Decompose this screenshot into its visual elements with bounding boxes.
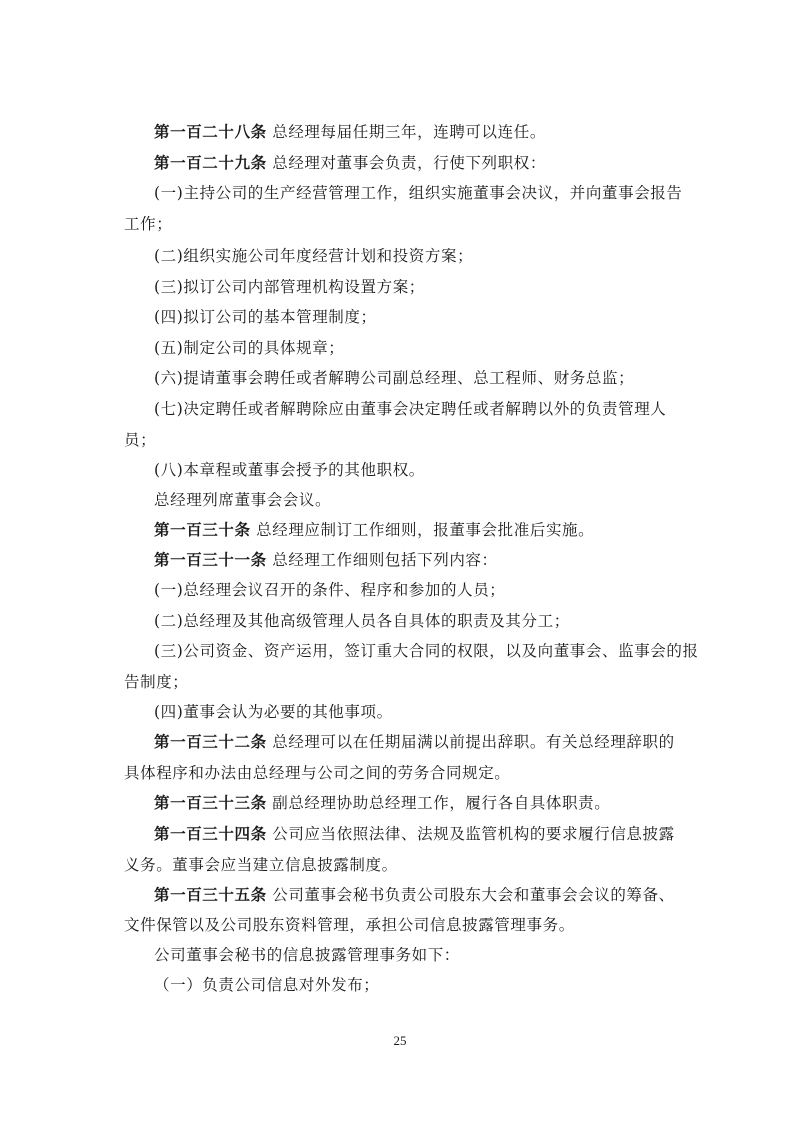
text-line: (三)公司资金、资产运用，签订重大合同的权限，以及向董事会、监事会的报 [154,641,699,661]
article-line: 第一百三十条 总经理应制订工作细则，报董事会批准后实施。 [154,520,594,540]
text-line: (四)拟订公司的基本管理制度； [154,307,377,327]
text-line: 告制度； [124,672,188,692]
line-text: (五)制定公司的具体规章； [154,339,344,357]
line-text: (三)拟订公司内部管理机构设置方案； [154,278,425,296]
line-text: 工作； [124,215,172,233]
text-line: 工作； [124,214,172,234]
article-line: 第一百三十二条 总经理可以在任期届满以前提出辞职。有关总经理辞职的 [154,732,675,752]
line-text: 总经理可以在任期届满以前提出辞职。有关总经理辞职的 [267,733,675,751]
text-line: (一)总经理会议召开的条件、程序和参加的人员； [154,580,505,600]
line-text: 总经理应制订工作细则，报董事会批准后实施。 [251,521,595,539]
article-line: 第一百三十一条 总经理工作细则包括下列内容： [154,550,498,570]
line-text: 义务。董事会应当建立信息披露制度。 [124,856,398,874]
text-line: (一)主持公司的生产经营管理工作，组织实施董事会决议，并向董事会报告 [154,183,683,203]
line-text: (六)提请董事会聘任或者解聘公司副总经理、总工程师、财务总监； [154,369,634,387]
line-text: (四)拟订公司的基本管理制度； [154,308,377,326]
line-text: 总经理工作细则包括下列内容： [267,551,498,569]
text-line: (五)制定公司的具体规章； [154,338,344,358]
page-number: 25 [0,1033,800,1049]
text-line: 总经理列席董事会会议。 [154,490,331,510]
text-line: (六)提请董事会聘任或者解聘公司副总经理、总工程师、财务总监； [154,368,634,388]
article-line: 第一百三十四条 公司应当依照法律、法规及监管机构的要求履行信息披露 [154,824,675,844]
text-line: (七)决定聘任或者解聘除应由董事会决定聘任或者解聘以外的负责管理人 [154,399,666,419]
article-heading: 第一百三十四条 [154,824,267,843]
line-text: (七)决定聘任或者解聘除应由董事会决定聘任或者解聘以外的负责管理人 [154,400,666,418]
text-line: (二)总经理及其他高级管理人员各自具体的职责及其分工； [154,611,570,631]
text-line: （一）负责公司信息对外发布； [154,975,379,995]
article-line: 第一百二十九条 总经理对董事会负责，行使下列职权： [154,153,546,173]
line-text: 公司董事会秘书的信息披露管理事务如下： [154,946,460,964]
line-text: 公司应当依照法律、法规及监管机构的要求履行信息披露 [267,825,675,843]
article-heading: 第一百二十九条 [154,153,267,172]
text-line: (二)组织实施公司年度经营计划和投资方案； [154,246,473,266]
article-line: 第一百三十五条 公司董事会秘书负责公司股东大会和董事会会议的筹备、 [154,885,675,905]
text-line: 具体程序和办法由总经理与公司之间的劳务合同规定。 [124,763,510,783]
line-text: (一)总经理会议召开的条件、程序和参加的人员； [154,581,505,599]
article-line: 第一百三十三条 副总经理协助总经理工作，履行各自具体职责。 [154,793,610,813]
line-text: (二)组织实施公司年度经营计划和投资方案； [154,247,473,265]
document-page: 第一百二十八条 总经理每届任期三年，连聘可以连任。第一百二十九条 总经理对董事会… [0,0,800,1131]
text-line: (四)董事会认为必要的其他事项。 [154,702,393,722]
line-text: (八)本章程或董事会授予的其他职权。 [154,461,425,479]
line-text: （一）负责公司信息对外发布； [154,976,379,994]
line-text: 副总经理协助总经理工作，履行各自具体职责。 [267,794,611,812]
line-text: (二)总经理及其他高级管理人员各自具体的职责及其分工； [154,612,570,630]
line-text: (三)公司资金、资产运用，签订重大合同的权限，以及向董事会、监事会的报 [154,642,699,660]
text-line: 员； [124,430,156,450]
article-heading: 第一百三十条 [154,520,251,539]
article-heading: 第一百三十五条 [154,885,267,904]
article-heading: 第一百三十三条 [154,793,267,812]
line-text: 总经理每届任期三年，连聘可以连任。 [267,123,546,141]
line-text: 总经理列席董事会会议。 [154,491,331,509]
line-text: 具体程序和办法由总经理与公司之间的劳务合同规定。 [124,764,510,782]
text-line: 义务。董事会应当建立信息披露制度。 [124,855,398,875]
line-text: 员； [124,431,156,449]
text-line: 文件保管以及公司股东资料管理，承担公司信息披露管理事务。 [124,915,575,935]
article-heading: 第一百三十一条 [154,550,267,569]
line-text: 文件保管以及公司股东资料管理，承担公司信息披露管理事务。 [124,916,575,934]
line-text: 告制度； [124,673,188,691]
text-line: (八)本章程或董事会授予的其他职权。 [154,460,425,480]
article-heading: 第一百三十二条 [154,732,267,751]
line-text: 公司董事会秘书负责公司股东大会和董事会会议的筹备、 [267,886,675,904]
article-heading: 第一百二十八条 [154,122,267,141]
text-line: 公司董事会秘书的信息披露管理事务如下： [154,945,460,965]
line-text: 总经理对董事会负责，行使下列职权： [267,154,546,172]
line-text: (一)主持公司的生产经营管理工作，组织实施董事会决议，并向董事会报告 [154,184,683,202]
line-text: (四)董事会认为必要的其他事项。 [154,703,393,721]
article-line: 第一百二十八条 总经理每届任期三年，连聘可以连任。 [154,122,546,142]
text-line: (三)拟订公司内部管理机构设置方案； [154,277,425,297]
